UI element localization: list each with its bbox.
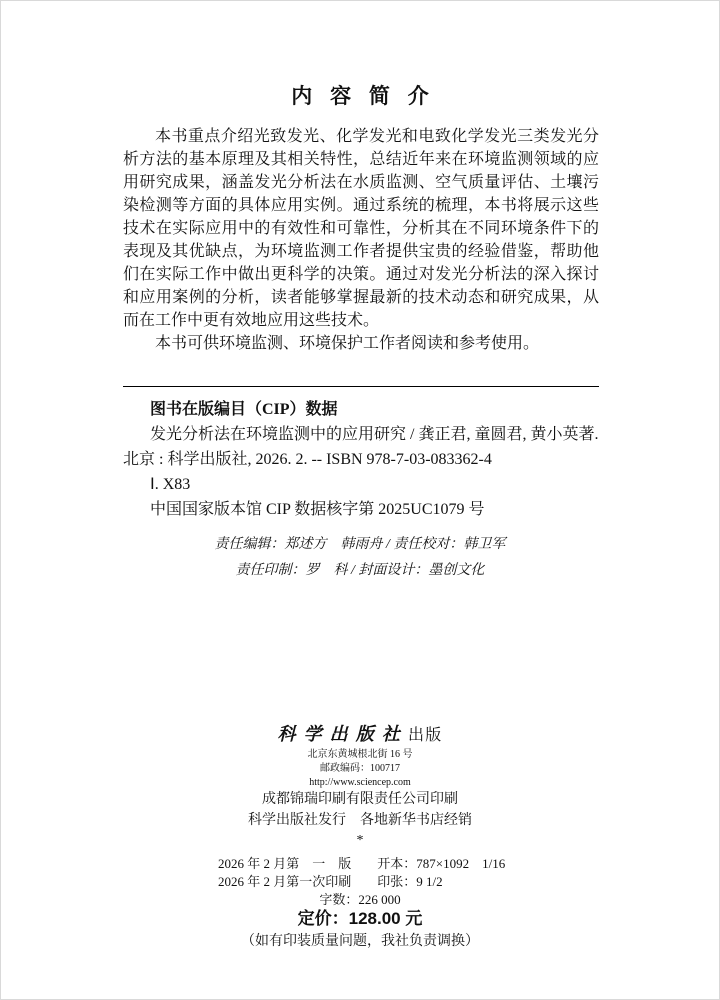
printer-line: 成都锦瑞印刷有限责任公司印刷: [0, 789, 720, 810]
publisher-line: 科学出版社出版: [0, 722, 720, 748]
publisher-postcode: 邮政编码：100717: [0, 762, 720, 776]
asterisk-separator: *: [0, 831, 720, 847]
edition-line: 2026 年 2 月第 一 版 开本：787×1092 1/16: [218, 855, 720, 873]
cip-publisher-isbn: 北京 : 科学出版社, 2026. 2. -- ISBN 978-7-03-08…: [123, 447, 599, 472]
price: 定价：128.00 元: [0, 908, 720, 930]
cip-data-block: 图书在版编目（CIP）数据 发光分析法在环境监测中的应用研究 / 龚正君, 童圆…: [123, 397, 599, 522]
publisher-suffix: 出版: [408, 727, 443, 744]
summary-paragraph-1: 本书重点介绍光致发光、化学发光和电致化学发光三类发光分析方法的基本原理及其相关特…: [123, 125, 599, 332]
cip-heading: 图书在版编目（CIP）数据: [123, 397, 599, 422]
word-count: 字数：226 000: [0, 891, 720, 908]
summary-paragraph-2: 本书可供环境监测、环境保护工作者阅读和参考使用。: [123, 332, 599, 355]
divider-line: [123, 386, 599, 387]
colophon: 科学出版社出版 北京东黄城根北街 16 号 邮政编码：100717 http:/…: [0, 722, 720, 847]
publisher-logo-text: 科学出版社: [277, 724, 408, 744]
distribution-line: 科学出版社发行 各地新华书店经销: [0, 810, 720, 831]
cip-record-number: 中国国家版本馆 CIP 数据核字第 2025UC1079 号: [123, 497, 599, 522]
printing-line: 2026 年 2 月第一次印刷 印张：9 1/2: [218, 873, 720, 891]
edition-details: 2026 年 2 月第 一 版 开本：787×1092 1/16 2026 年 …: [218, 855, 720, 891]
publisher-address: 北京东黄城根北街 16 号: [0, 748, 720, 762]
copyright-page: 内容简介 本书重点介绍光致发光、化学发光和电致化学发光三类发光分析方法的基本原理…: [0, 0, 720, 1000]
edition-summary: 字数：226 000 定价：128.00 元 （如有印装质量问题，我社负责调换）: [0, 891, 720, 952]
publisher-website: http://www.sciencep.com: [0, 776, 720, 789]
cip-classification: Ⅰ. X83: [123, 472, 599, 497]
staff-credits: 责任编辑：郑述方 韩雨舟 / 责任校对：韩卫军 责任印制：罗 科 / 封面设计：…: [0, 532, 720, 584]
credits-editors-line: 责任编辑：郑述方 韩雨舟 / 责任校对：韩卫军: [0, 532, 720, 558]
page-title: 内容简介: [0, 84, 720, 108]
content-summary: 本书重点介绍光致发光、化学发光和电致化学发光三类发光分析方法的基本原理及其相关特…: [123, 125, 599, 355]
quality-note: （如有印装质量问题，我社负责调换）: [0, 932, 720, 952]
credits-printing-design-line: 责任印制：罗 科 / 封面设计：墨创文化: [0, 558, 720, 584]
cip-title-authors: 发光分析法在环境监测中的应用研究 / 龚正君, 童圆君, 黄小英著.: [123, 422, 599, 447]
